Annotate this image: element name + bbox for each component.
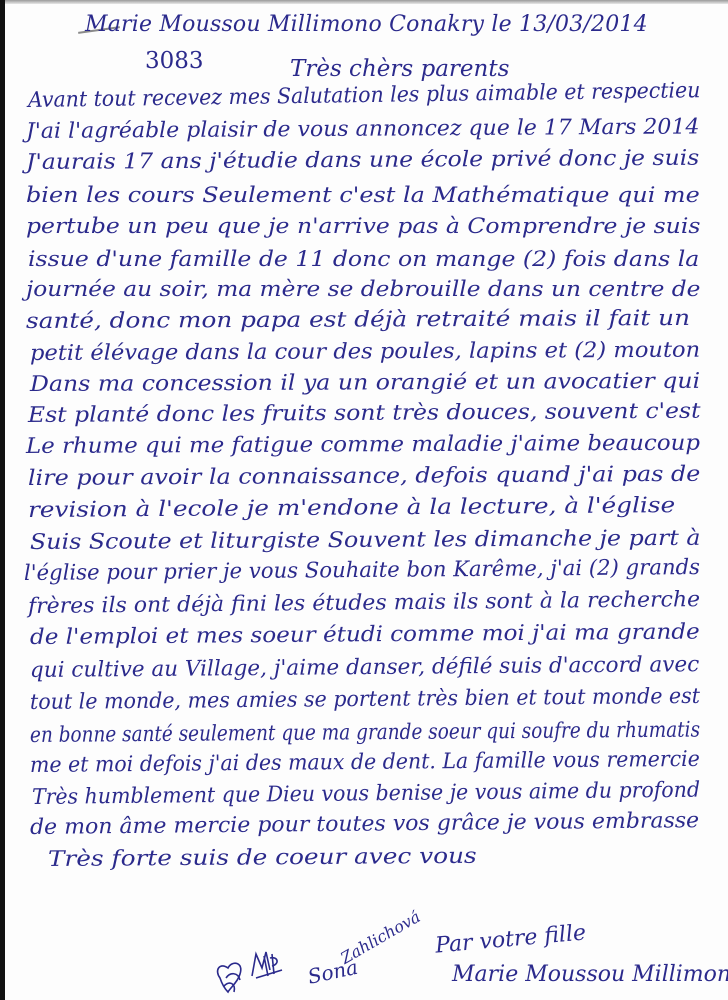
sender-name-signature: Marie Moussou Millimono bbox=[452, 962, 728, 987]
letter-line: journée au soir, ma mère se debrouille d… bbox=[26, 277, 700, 302]
letter-line: bien les cours Seulement c'est la Mathém… bbox=[26, 183, 700, 208]
letter-line: lire pour avoir la connaissance, defois … bbox=[28, 462, 701, 491]
letter-line: issue d'une famille de 11 donc on mange … bbox=[28, 247, 699, 272]
letter-line: pertube un peu que je n'arrive pas à Com… bbox=[26, 214, 700, 239]
greeting: Très chèrs parents bbox=[290, 56, 509, 82]
letter-line: petit élévage dans la cour des poules, l… bbox=[30, 338, 700, 366]
letter-line: Le rhume qui me fatigue comme maladie j'… bbox=[26, 431, 700, 459]
letter-line: Très forte suis de coeur avec vous bbox=[48, 844, 477, 872]
letter-line: santé, donc mon papa est déjà retraité m… bbox=[26, 306, 690, 334]
reference-number: 3083 bbox=[145, 48, 204, 74]
letter-line: Est planté donc les fruits sont très dou… bbox=[28, 399, 701, 428]
letter-line: revision à l'ecole je m'endone à la lect… bbox=[28, 493, 675, 523]
heart-flower-doodle-icon bbox=[212, 948, 312, 998]
sender-place-date: Marie Moussou Millimono Conakry le 13/03… bbox=[85, 12, 648, 37]
letter-line: J'ai l'agréable plaisir de vous annoncez… bbox=[26, 114, 700, 144]
letter-line: J'aurais 17 ans j'étudie dans une école … bbox=[26, 146, 699, 175]
letter-line: Dans ma concession il ya un orangié et u… bbox=[30, 369, 700, 397]
letter-line: Suis Scoute et liturgiste Souvent les di… bbox=[30, 526, 701, 555]
